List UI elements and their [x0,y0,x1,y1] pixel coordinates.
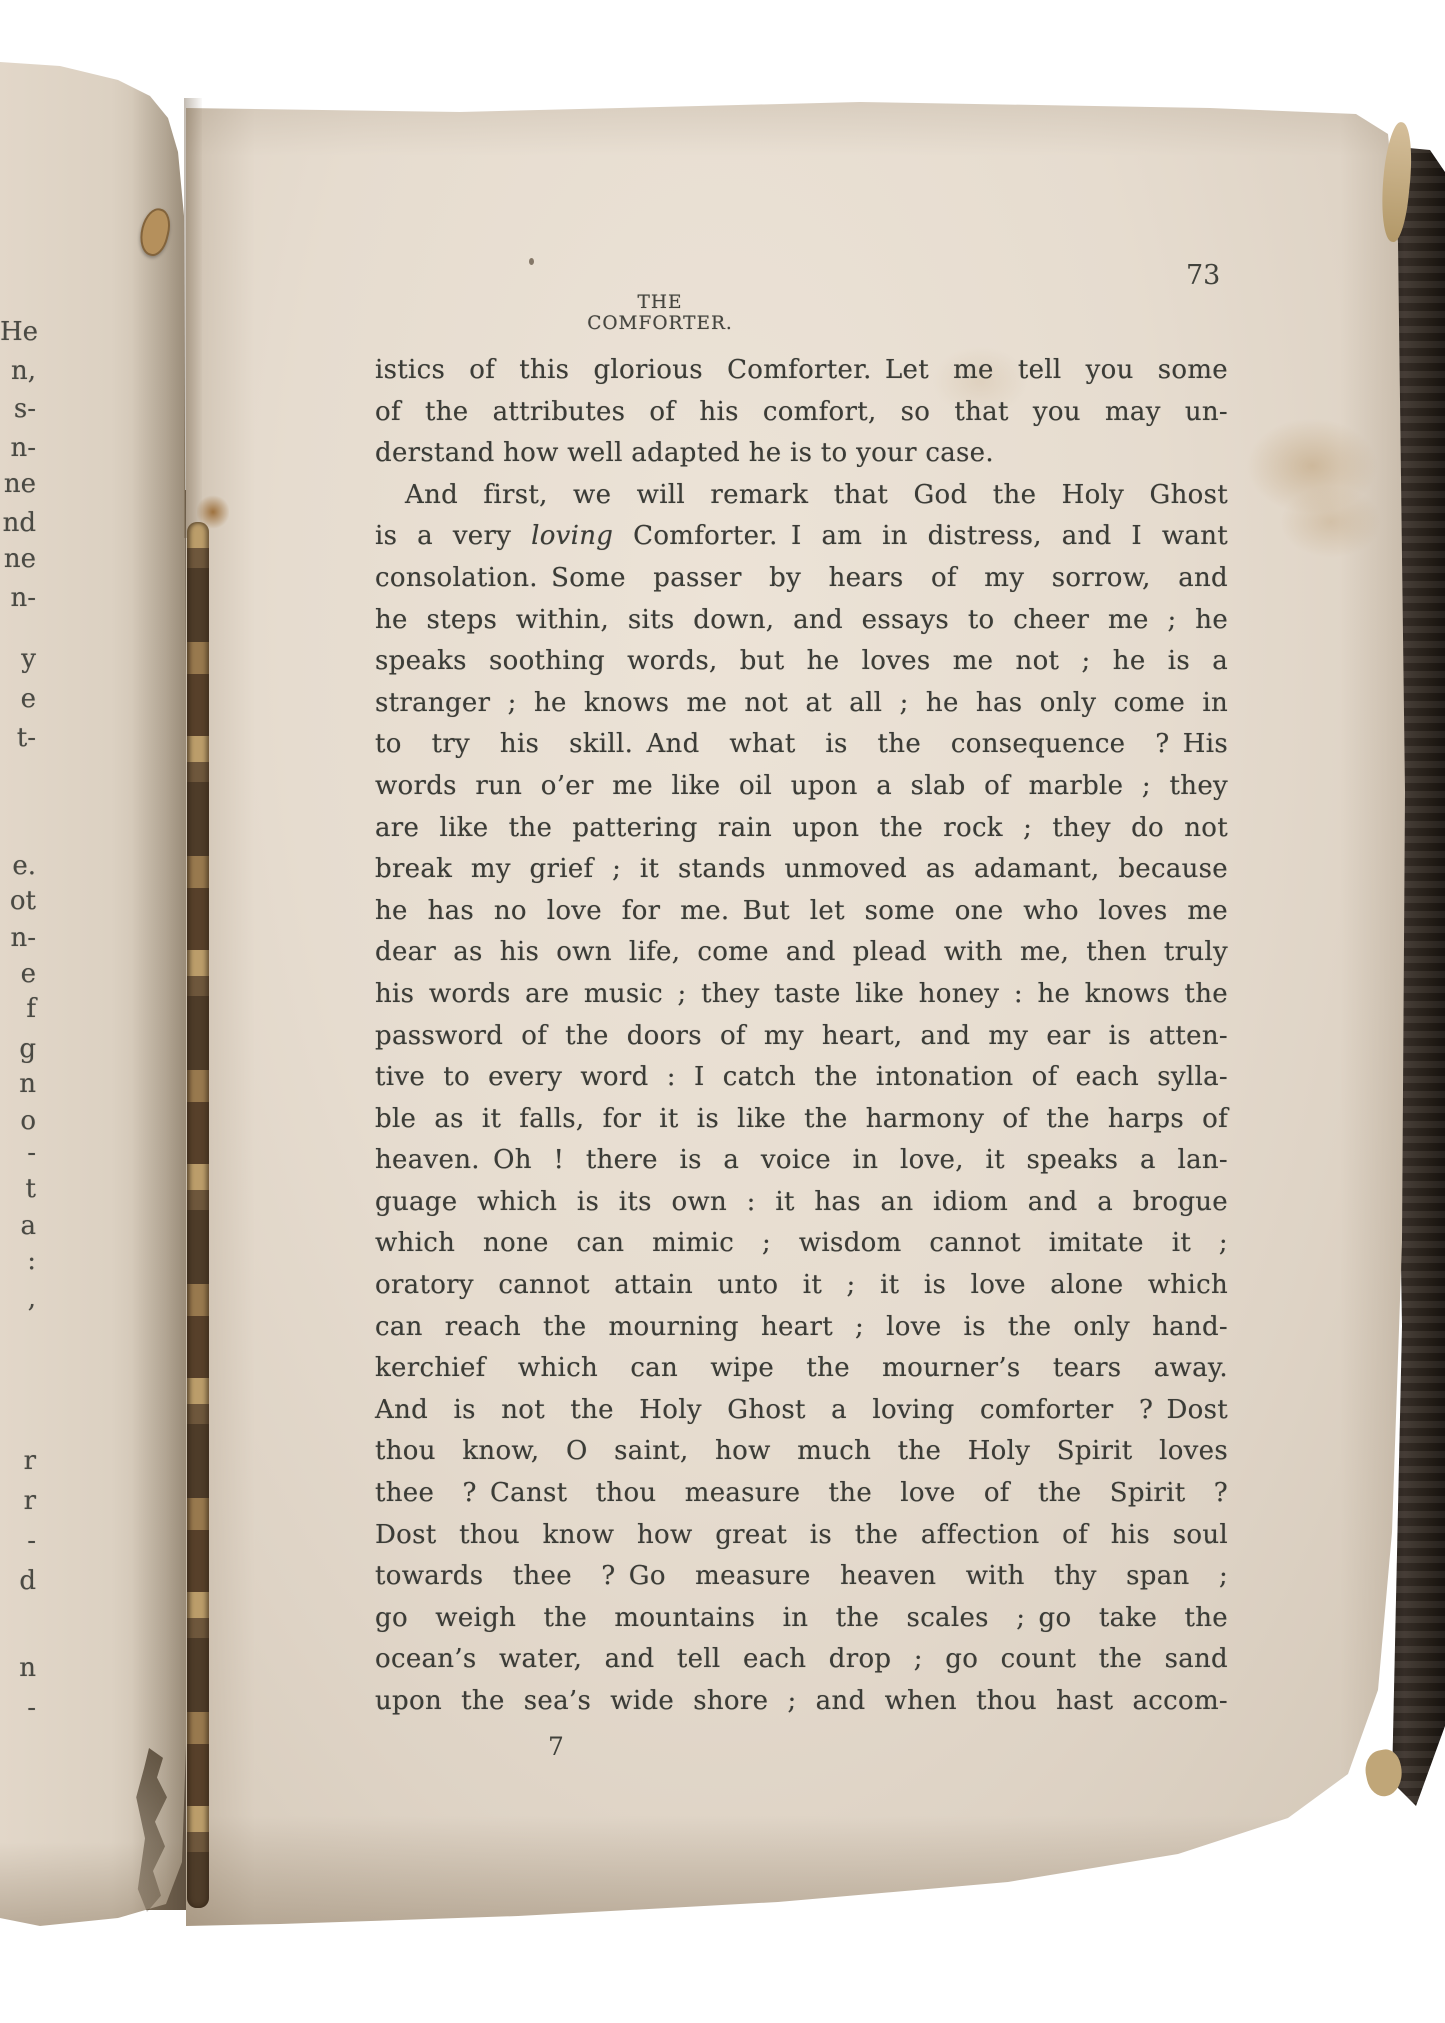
text-line: consolation. Some passer by hears of my … [375,558,1228,600]
facing-page-fragment: r [0,1486,36,1516]
text-line: kerchief which can wipe the mourner’s te… [375,1348,1228,1390]
facing-page-fragment: o [0,1106,36,1136]
facing-page-fragment: d [0,1566,36,1596]
text-line: to try his skill. And what is the conseq… [375,724,1228,766]
facing-page-fragment: e [0,959,36,989]
facing-page-fragment: e. [0,851,36,881]
facing-page-fragment: n, [0,356,36,386]
text-line: words run o’er me like oil upon a slab o… [375,766,1228,808]
text-line: And first, we will remark that God the H… [375,475,1228,517]
facing-page-fragment: n [0,1069,36,1099]
text-line: And is not the Holy Ghost a loving comfo… [375,1390,1228,1432]
page-bottom-shadow [160,1778,1410,1928]
facing-page-fragment: n- [0,923,36,953]
facing-page-fragment: y [0,644,36,674]
facing-page-fragment: g [0,1034,36,1064]
text-line: of the attributes of his comfort, so tha… [375,392,1228,434]
facing-page-fragment: ne [0,544,36,574]
facing-page-fragment: n- [0,433,36,463]
facing-page-fragment: - [0,1693,36,1723]
text-line: tive to every word : I catch the intonat… [375,1057,1228,1099]
body-text: istics of this glorious Comforter. Let m… [375,350,1228,1723]
book-photo: { "photo": { "background_color": "#fffff… [0,0,1445,2023]
text-line: he has no love for me. But let some one … [375,891,1228,933]
text-line: ble as it falls, for it is like the harm… [375,1099,1228,1141]
page-top-shadow [160,92,1410,156]
facing-page-fragment: - [0,1138,36,1168]
text-line: thee ? Canst thou measure the love of th… [375,1473,1228,1515]
text-line: dear as his own life, come and plead wit… [375,932,1228,974]
text-line: heaven. Oh ! there is a voice in love, i… [375,1140,1228,1182]
gutter-crease [184,98,202,538]
facing-page-fragment: ne [0,469,36,499]
facing-page-fragment: n [0,1653,36,1683]
facing-page-fragment: f [0,994,36,1024]
page-number: 73 [1186,260,1234,291]
facing-page-fragment: , [0,1284,36,1314]
text-line: upon the sea’s wide shore ; and when tho… [375,1681,1228,1723]
text-line: is a very loving Comforter. I am in dist… [375,516,1228,558]
text-line: istics of this glorious Comforter. Let m… [375,350,1228,392]
facing-page-fragment: nd [0,508,36,538]
facing-page-fragment: : [0,1246,36,1276]
text-line: password of the doors of my heart, and m… [375,1016,1228,1058]
text-line: stranger ; he knows me not at all ; he h… [375,683,1228,725]
text-line: he steps within, sits down, and essays t… [375,600,1228,642]
text-line: towards thee ? Go measure heaven with th… [375,1556,1228,1598]
facing-page-fragment: a [0,1211,36,1241]
foxing-stain [1280,486,1382,558]
text-line: break my grief ; it stands unmoved as ad… [375,849,1228,891]
facing-page-fragment: e [0,684,36,714]
text-line: can reach the mourning heart ; love is t… [375,1307,1228,1349]
facing-page-fragment: ot [0,886,36,916]
facing-page-fragment: n- [0,583,36,613]
text-line: ocean’s water, and tell each drop ; go c… [375,1639,1228,1681]
text-line: thou know, O saint, how much the Holy Sp… [375,1431,1228,1473]
text-line: which none can mimic ; wisdom cannot imi… [375,1223,1228,1265]
signature-mark: 7 [536,1732,576,1761]
text-line: go weigh the mountains in the scales ; g… [375,1598,1228,1640]
stitching-thread [187,522,209,1908]
facing-page-fragment: He [0,317,36,347]
running-head-title: THE COMFORTER. [578,292,742,334]
gutter-stain [197,494,229,530]
text-line: Dost thou know how great is the affectio… [375,1515,1228,1557]
facing-page-fragment: - [0,1526,36,1556]
text-line: derstand how well adapted he is to your … [375,433,1228,475]
text-line: guage which is its own : it has an idiom… [375,1182,1228,1224]
paper-speck [529,258,534,265]
facing-page-fragment: s- [0,394,36,424]
facing-page-fragment: t- [0,723,36,753]
facing-page-fragment: t [0,1174,36,1204]
text-line: speaks soothing words, but he loves me n… [375,641,1228,683]
text-line: are like the pattering rain upon the roc… [375,808,1228,850]
text-line: his words are music ; they taste like ho… [375,974,1228,1016]
text-line: oratory cannot attain unto it ; it is lo… [375,1265,1228,1307]
facing-page-fragment: r [0,1446,36,1476]
facing-page-edge-text: Hen,s-n-nendnen-yet-e.otn-efgno-ta:,rr-d… [0,0,38,1900]
